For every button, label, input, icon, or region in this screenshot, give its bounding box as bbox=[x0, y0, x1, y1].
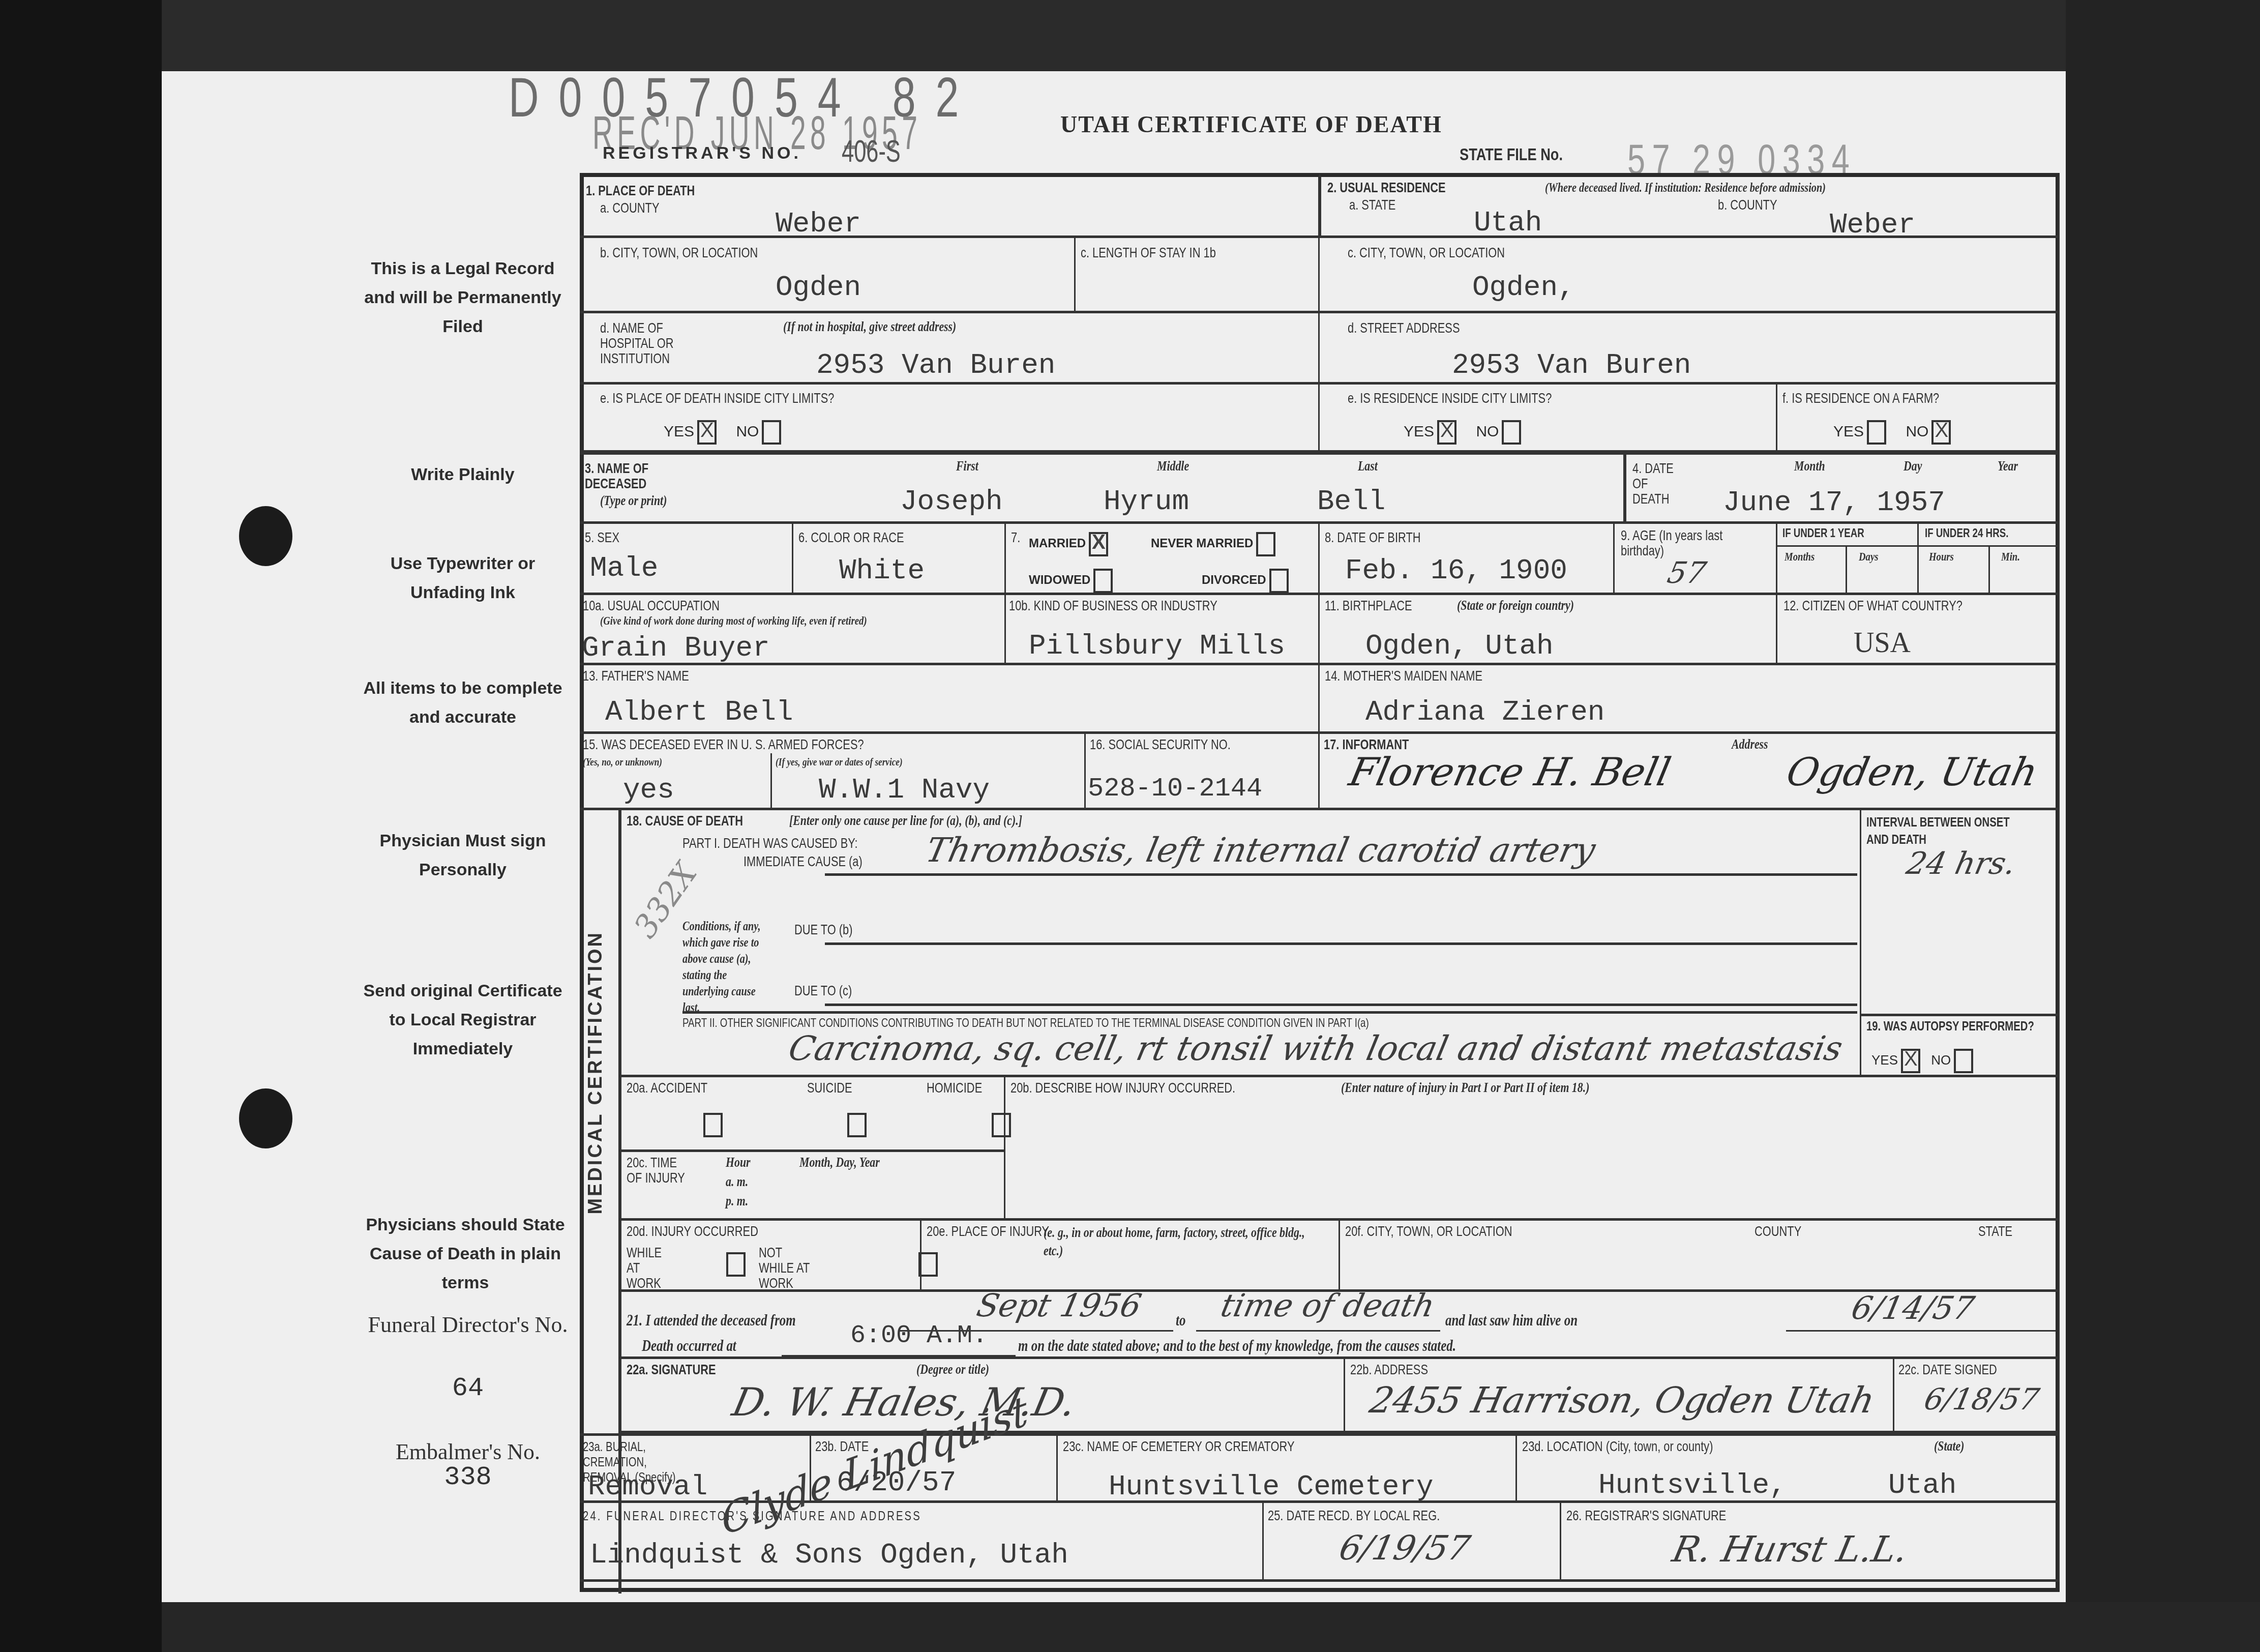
not-while-at-work-label: NOT WHILE AT WORK bbox=[759, 1245, 810, 1291]
registrar-signature-value: R. Hurst L.L. bbox=[1669, 1528, 1912, 1570]
cell-armed-forces: 15. WAS DECEASED EVER IN U. S. ARMED FOR… bbox=[580, 734, 1086, 810]
field-hint: (State or foreign country) bbox=[1457, 598, 1574, 613]
sidebar-note-legal-record: This is a Legal Record and will be Perma… bbox=[356, 254, 570, 341]
divider bbox=[770, 753, 772, 810]
cell-date-signed: 22c. DATE SIGNED 6/18/57 bbox=[1894, 1359, 2060, 1433]
residence-city-limits-yes-checkbox[interactable] bbox=[1437, 420, 1456, 445]
field-hint: [Enter only one cause per line for (a), … bbox=[789, 813, 1022, 829]
attended-label: 21. I attended the deceased from bbox=[627, 1312, 796, 1327]
accident-label: 20a. ACCIDENT bbox=[627, 1080, 707, 1096]
cell-residence-city: c. CITY, TOWN, OR LOCATION Ogden, bbox=[1320, 238, 2060, 313]
cell-residence-state-county: 2. USUAL RESIDENCE (Where deceased lived… bbox=[1320, 173, 2060, 238]
cell-interval: INTERVAL BETWEEN ONSET AND DEATH 24 hrs. bbox=[1861, 810, 2060, 1016]
residence-city-limits-no-checkbox[interactable] bbox=[1502, 420, 1521, 445]
under-24-hrs-label: IF UNDER 24 HRS. bbox=[1925, 526, 2008, 541]
death-city-limits-yes-checkbox[interactable] bbox=[697, 420, 717, 445]
death-city-limits-no-checkbox[interactable] bbox=[762, 420, 781, 445]
death-time-value: 6:00 A.M. bbox=[850, 1321, 988, 1350]
conditions-hint: Conditions, if any, which gave rise to a… bbox=[682, 918, 766, 1016]
funeral-director-no-label: Funeral Director's No. bbox=[356, 1312, 580, 1338]
cell-occupation: 10a. USUAL OCCUPATION (Give kind of work… bbox=[580, 595, 1006, 665]
registrar-no-value: 406-S bbox=[842, 133, 901, 169]
cell-father-name: 13. FATHER'S NAME Albert Bell bbox=[580, 665, 1320, 734]
suicide-label: SUICIDE bbox=[807, 1080, 852, 1096]
cause-a-line bbox=[825, 873, 1857, 876]
month-label: Month bbox=[1794, 459, 1825, 474]
autopsy-no-checkbox[interactable] bbox=[1954, 1049, 1973, 1073]
last-saw-line bbox=[1786, 1330, 2056, 1332]
residence-county-value: Weber bbox=[1830, 209, 1915, 241]
field-label: 6. COLOR OR RACE bbox=[798, 530, 904, 545]
state-label: STATE bbox=[1978, 1224, 2012, 1239]
cell-date-of-death: 4. DATE OF DEATH Month Day Year June 17,… bbox=[1625, 453, 2060, 524]
field-label: f. IS RESIDENCE ON A FARM? bbox=[1782, 391, 1939, 406]
armed-forces-value: yes bbox=[623, 774, 674, 806]
cemetery-value: Huntsville Cemetery bbox=[1109, 1470, 1434, 1503]
death-occurred-suffix: m on the date stated above; and to the b… bbox=[1018, 1338, 1456, 1353]
cell-residence-farm: f. IS RESIDENCE ON A FARM? YES NO bbox=[1777, 385, 2060, 453]
scan-background-left bbox=[0, 0, 162, 1652]
cell-marital-status: 7. MARRIED NEVER MARRIED WIDOWED DIVORCE… bbox=[1006, 524, 1320, 595]
field-label: c. CITY, TOWN, OR LOCATION bbox=[1348, 245, 1505, 260]
section-label: 1. PLACE OF DEATH bbox=[586, 183, 695, 198]
sex-value: Male bbox=[590, 552, 658, 584]
cell-hospital: d. NAME OF HOSPITAL OR INSTITUTION (If n… bbox=[580, 313, 1320, 385]
pm-label: p. m. bbox=[726, 1194, 748, 1209]
cell-citizenship: 12. CITIZEN OF WHAT COUNTRY? USA bbox=[1777, 595, 2060, 665]
cell-age: 9. AGE (In years last birthday) 57 bbox=[1615, 524, 1777, 595]
death-city-limits-options: YES NO bbox=[664, 420, 781, 445]
homicide-label: HOMICIDE bbox=[927, 1080, 982, 1096]
cell-attendance: 21. I attended the deceased from Sept 19… bbox=[621, 1292, 2060, 1359]
divider bbox=[1846, 545, 1847, 593]
cell-ssn: 16. SOCIAL SECURITY NO. 528-10-2144 bbox=[1086, 734, 1320, 810]
hour-label: Hour bbox=[726, 1155, 751, 1170]
medical-certification-label: MEDICAL CERTIFICATION bbox=[585, 931, 620, 1409]
never-married-checkbox[interactable] bbox=[1256, 532, 1275, 556]
field-label: e. IS RESIDENCE INSIDE CITY LIMITS? bbox=[1348, 391, 1552, 406]
cell-injury-description: 20b. DESCRIBE HOW INJURY OCCURRED. (Ente… bbox=[1005, 1077, 2060, 1221]
industry-value: Pillsbury Mills bbox=[1029, 630, 1285, 662]
hours-label: Hours bbox=[1929, 549, 1954, 565]
field-label: 10b. KIND OF BUSINESS OR INDUSTRY bbox=[1009, 598, 1217, 613]
field-label: 10a. USUAL OCCUPATION bbox=[583, 598, 720, 613]
field-label: 20e. PLACE OF INJURY bbox=[927, 1224, 1049, 1239]
informant-value: Florence H. Bell bbox=[1346, 749, 1675, 794]
cell-physician-address: 22b. ADDRESS 2455 Harrison, Ogden Utah bbox=[1345, 1359, 1894, 1433]
death-county-value: Weber bbox=[776, 208, 861, 240]
yes-label: YES bbox=[1404, 423, 1434, 440]
death-city-value: Ogden bbox=[776, 271, 861, 304]
field-label: 19. WAS AUTOPSY PERFORMED? bbox=[1866, 1018, 2034, 1034]
cell-death-city-limits: e. IS PLACE OF DEATH INSIDE CITY LIMITS?… bbox=[580, 385, 1320, 453]
burial-location-value: Huntsville, bbox=[1598, 1469, 1787, 1501]
scan-background-bottom bbox=[162, 1602, 2260, 1652]
state-file-no-label: STATE FILE No. bbox=[1460, 145, 1563, 165]
field-label: 3. NAME OF DECEASED bbox=[585, 461, 680, 491]
residence-city-value: Ogden, bbox=[1472, 271, 1575, 304]
cell-death-city: b. CITY, TOWN, OR LOCATION Ogden bbox=[580, 238, 1076, 313]
date-signed-value: 6/18/57 bbox=[1921, 1382, 2042, 1417]
farm-no-checkbox[interactable] bbox=[1931, 420, 1951, 445]
field-label: 20b. DESCRIBE HOW INJURY OCCURRED. bbox=[1010, 1080, 1235, 1096]
field-label: 14. MOTHER'S MAIDEN NAME bbox=[1325, 668, 1482, 684]
registrar-no-label: REGISTRAR'S NO. bbox=[603, 143, 801, 163]
degree-label: (Degree or title) bbox=[916, 1362, 989, 1377]
field-label: INTERVAL BETWEEN ONSET AND DEATH bbox=[1866, 813, 2025, 848]
attended-to-value: time of death bbox=[1217, 1287, 1438, 1324]
field-label: 8. DATE OF BIRTH bbox=[1325, 530, 1421, 545]
last-saw-label: and last saw him alive on bbox=[1445, 1312, 1578, 1327]
vertical-label-text: MEDICAL CERTIFICATION bbox=[585, 931, 607, 1215]
middle-name-value: Hyrum bbox=[1104, 485, 1189, 518]
no-label: NO bbox=[1906, 423, 1928, 440]
date-of-death-value: June 17, 1957 bbox=[1723, 486, 1945, 519]
field-label: 22a. SIGNATURE bbox=[627, 1362, 716, 1377]
field-hint: (e. g., in or about home, farm, factory,… bbox=[1044, 1224, 1321, 1260]
no-label: NO bbox=[1476, 423, 1499, 440]
field-label: d. NAME OF HOSPITAL OR INSTITUTION bbox=[600, 320, 695, 366]
day-label: Day bbox=[1904, 459, 1922, 474]
sidebar-note-complete: All items to be complete and accurate bbox=[356, 674, 570, 732]
accident-checkbox[interactable] bbox=[703, 1113, 723, 1137]
last-label: Last bbox=[1358, 459, 1378, 474]
field-label: 13. FATHER'S NAME bbox=[583, 668, 689, 684]
address-label: Address bbox=[1732, 737, 1768, 752]
field-label: 22c. DATE SIGNED bbox=[1898, 1362, 1997, 1377]
field-label: 23d. LOCATION (City, town, or county) bbox=[1522, 1439, 1713, 1454]
field-label: 16. SOCIAL SECURITY NO. bbox=[1090, 737, 1231, 752]
attended-to-line bbox=[1196, 1330, 1440, 1332]
field-label: 9. AGE (In years last birthday) bbox=[1621, 528, 1751, 558]
due-to-c-label: DUE TO (c) bbox=[794, 983, 852, 998]
attended-from-value: Sept 1956 bbox=[973, 1287, 1145, 1324]
embalmer-no-label: Embalmer's No. bbox=[356, 1439, 580, 1465]
cell-race: 6. COLOR OR RACE White bbox=[793, 524, 1006, 595]
cell-injury-occurred: 20d. INJURY OCCURRED WHILE AT WORK NOT W… bbox=[621, 1221, 921, 1292]
cell-length-of-stay: c. LENGTH OF STAY IN 1b bbox=[1076, 238, 1320, 313]
months-label: Months bbox=[1785, 549, 1815, 565]
marital-option-never: NEVER MARRIED bbox=[1151, 532, 1275, 556]
divorced-checkbox[interactable] bbox=[1269, 569, 1289, 593]
field-label: b. CITY, TOWN, OR LOCATION bbox=[600, 245, 758, 260]
funeral-director-no-value: 64 bbox=[356, 1376, 580, 1401]
field-label: c. LENGTH OF STAY IN 1b bbox=[1081, 245, 1216, 260]
field-label: b. COUNTY bbox=[1718, 197, 1777, 213]
page-title: UTAH CERTIFICATE OF DEATH bbox=[1060, 111, 1442, 138]
service-value: W.W.1 Navy bbox=[819, 774, 990, 806]
cell-cause-of-death: 18. CAUSE OF DEATH [Enter only one cause… bbox=[621, 810, 1861, 1077]
street-address-value: 2953 Van Buren bbox=[1452, 349, 1691, 381]
part-divider bbox=[682, 1011, 1857, 1014]
burial-location-state-value: Utah bbox=[1888, 1469, 1956, 1501]
cell-cemetery: 23c. NAME OF CEMETERY OR CREMATORY Hunts… bbox=[1058, 1433, 1517, 1503]
suicide-checkbox[interactable] bbox=[847, 1113, 867, 1137]
marital-option-married: MARRIED bbox=[1029, 532, 1108, 556]
cell-birthplace: 11. BIRTHPLACE (State or foreign country… bbox=[1320, 595, 1777, 665]
cell-place-of-death-county: 1. PLACE OF DEATH a. COUNTY Weber bbox=[580, 173, 1320, 238]
last-saw-value: 6/14/57 bbox=[1848, 1289, 1978, 1326]
field-label: 7. bbox=[1011, 530, 1020, 545]
sidebar-note-typewriter: Use Typewriter or Unfading Ink bbox=[356, 549, 570, 607]
birthplace-value: Ogden, Utah bbox=[1365, 630, 1554, 662]
while-at-work-label: WHILE AT WORK bbox=[627, 1245, 670, 1291]
no-label: NO bbox=[736, 423, 759, 440]
field-label: 15. WAS DECEASED EVER IN U. S. ARMED FOR… bbox=[583, 737, 864, 752]
occupation-value: Grain Buyer bbox=[582, 632, 770, 664]
section-label: 2. USUAL RESIDENCE bbox=[1327, 180, 1446, 195]
cell-injury-location: 20f. CITY, TOWN, OR LOCATION COUNTY STAT… bbox=[1340, 1221, 2060, 1292]
field-hint: (If yes, give war or dates of service) bbox=[776, 754, 903, 770]
cell-date-of-birth: 8. DATE OF BIRTH Feb. 16, 1900 bbox=[1320, 524, 1615, 595]
field-label: 18. CAUSE OF DEATH bbox=[627, 813, 743, 829]
field-label: 20f. CITY, TOWN, OR LOCATION bbox=[1345, 1224, 1512, 1239]
disposition-value: Removal bbox=[588, 1470, 707, 1503]
cell-informant: 17. INFORMANT Address Florence H. Bell O… bbox=[1320, 734, 2060, 810]
field-label: 26. REGISTRAR'S SIGNATURE bbox=[1566, 1508, 1726, 1523]
field-hint: (Enter nature of injury in Part I or Par… bbox=[1341, 1080, 1589, 1096]
cell-burial-location: 23d. LOCATION (City, town, or county) (S… bbox=[1517, 1433, 2060, 1503]
immediate-cause-label: IMMEDIATE CAUSE (a) bbox=[744, 854, 863, 869]
divider bbox=[1917, 524, 1919, 593]
father-name-value: Albert Bell bbox=[605, 696, 793, 728]
field-hint: (Type or print) bbox=[600, 493, 667, 509]
section-hint: (Where deceased lived. If institution: R… bbox=[1545, 180, 1826, 195]
cell-street-address: d. STREET ADDRESS 2953 Van Buren bbox=[1320, 313, 2060, 385]
farm-options: YES NO bbox=[1833, 420, 1951, 445]
sidebar-note-send-original: Send original Certificate to Local Regis… bbox=[356, 977, 570, 1064]
widowed-label: WIDOWED bbox=[1029, 573, 1090, 587]
punch-hole bbox=[239, 1088, 292, 1148]
cell-deceased-name: 3. NAME OF DECEASED (Type or print) Firs… bbox=[580, 453, 1625, 524]
cell-sex: 5. SEX Male bbox=[580, 524, 793, 595]
ssn-value: 528-10-2144 bbox=[1088, 774, 1262, 804]
yes-label: YES bbox=[664, 423, 694, 440]
marital-option-widowed: WIDOWED bbox=[1029, 569, 1113, 593]
first-name-value: Joseph bbox=[900, 485, 1003, 518]
middle-label: Middle bbox=[1157, 459, 1189, 474]
divorced-label: DIVORCED bbox=[1202, 573, 1266, 587]
marital-option-divorced: DIVORCED bbox=[1202, 569, 1289, 593]
mdy-label: Month, Day, Year bbox=[799, 1155, 880, 1170]
field-label: 20c. TIME OF INJURY bbox=[627, 1155, 686, 1186]
citizen-value: USA bbox=[1854, 627, 1911, 659]
county-label: COUNTY bbox=[1755, 1224, 1801, 1239]
field-label: a. STATE bbox=[1349, 197, 1395, 213]
married-label: MARRIED bbox=[1029, 537, 1086, 550]
embalmer-no-value: 338 bbox=[356, 1465, 580, 1490]
to-label: to bbox=[1176, 1312, 1185, 1327]
year-label: Year bbox=[1998, 459, 2018, 474]
never-married-label: NEVER MARRIED bbox=[1151, 537, 1253, 550]
punch-hole bbox=[239, 506, 292, 566]
residence-state-value: Utah bbox=[1474, 206, 1542, 239]
cell-time-of-injury: 20c. TIME OF INJURY Hour a. m. p. m. Mon… bbox=[621, 1152, 1005, 1221]
married-checkbox[interactable] bbox=[1089, 532, 1108, 556]
dob-value: Feb. 16, 1900 bbox=[1345, 554, 1567, 587]
widowed-checkbox[interactable] bbox=[1093, 569, 1113, 593]
date-received-value: 6/19/57 bbox=[1336, 1528, 1474, 1568]
field-label: 20d. INJURY OCCURRED bbox=[627, 1224, 758, 1239]
cell-injury-type: 20a. ACCIDENT SUICIDE HOMICIDE bbox=[621, 1077, 1005, 1152]
sidebar-note-write-plainly: Write Plainly bbox=[356, 460, 570, 489]
under-1-year-label: IF UNDER 1 YEAR bbox=[1782, 526, 1864, 541]
field-hint: (If not in hospital, give street address… bbox=[783, 319, 956, 335]
state-label: (State) bbox=[1934, 1439, 1964, 1454]
last-name-value: Bell bbox=[1317, 485, 1385, 518]
field-label: 4. DATE OF DEATH bbox=[1632, 461, 1676, 507]
age-value: 57 bbox=[1664, 555, 1709, 590]
immediate-cause-value: Thrombosis, left internal carotid artery bbox=[923, 831, 1599, 870]
interval-value: 24 hrs. bbox=[1904, 846, 2019, 881]
divider bbox=[1988, 545, 1990, 593]
part1-label: PART I. DEATH WAS CAUSED BY: bbox=[682, 836, 858, 851]
cell-funeral-director: 24. FUNERAL DIRECTOR'S SIGNATURE AND ADD… bbox=[580, 1503, 1264, 1582]
cause-b-line bbox=[825, 942, 1857, 945]
race-value: White bbox=[839, 554, 925, 587]
autopsy-yes-checkbox[interactable] bbox=[1901, 1049, 1920, 1073]
cell-mother-name: 14. MOTHER'S MAIDEN NAME Adriana Zieren bbox=[1320, 665, 2060, 734]
sidebar-note-cause-plain-terms: Physicians should State Cause of Death i… bbox=[351, 1211, 580, 1297]
field-label: a. COUNTY bbox=[600, 200, 660, 216]
field-label: 23c. NAME OF CEMETERY OR CREMATORY bbox=[1063, 1439, 1294, 1454]
while-at-work-checkbox[interactable] bbox=[726, 1252, 746, 1277]
scan-background-right bbox=[2066, 0, 2260, 1652]
no-label: NO bbox=[1931, 1052, 1951, 1068]
am-label: a. m. bbox=[726, 1174, 748, 1190]
field-label: 12. CITIZEN OF WHAT COUNTRY? bbox=[1783, 598, 1962, 613]
field-label: e. IS PLACE OF DEATH INSIDE CITY LIMITS? bbox=[600, 391, 834, 406]
farm-yes-checkbox[interactable] bbox=[1867, 420, 1886, 445]
physician-address-value: 2455 Harrison, Ogden Utah bbox=[1366, 1379, 1878, 1421]
first-label: First bbox=[956, 459, 978, 474]
cell-place-of-injury: 20e. PLACE OF INJURY (e. g., in or about… bbox=[921, 1221, 1340, 1292]
yes-label: YES bbox=[1871, 1052, 1898, 1068]
death-time-line bbox=[782, 1355, 1016, 1356]
death-occurred-label: Death occurred at bbox=[642, 1338, 736, 1353]
cell-industry: 10b. KIND OF BUSINESS OR INDUSTRY Pillsb… bbox=[1006, 595, 1320, 665]
informant-address-value: Ogden, Utah bbox=[1783, 749, 2042, 794]
cell-residence-city-limits: e. IS RESIDENCE INSIDE CITY LIMITS? YES … bbox=[1320, 385, 1777, 453]
cell-autopsy: 19. WAS AUTOPSY PERFORMED? YES NO bbox=[1861, 1016, 2060, 1077]
field-label: 5. SEX bbox=[585, 530, 619, 545]
scan-background-top bbox=[162, 0, 2260, 71]
due-to-b-label: DUE TO (b) bbox=[794, 922, 852, 937]
field-hint: (Yes, no, or unknown) bbox=[583, 754, 662, 770]
funeral-director-value: Lindquist & Sons Ogden, Utah bbox=[590, 1539, 1068, 1571]
field-label: 25. DATE RECD. BY LOCAL REG. bbox=[1268, 1508, 1440, 1523]
cell-registrar-signature: 26. REGISTRAR'S SIGNATURE R. Hurst L.L. bbox=[1561, 1503, 2060, 1582]
min-label: Min. bbox=[2001, 549, 2020, 565]
residence-city-limits-options: YES NO bbox=[1404, 420, 1521, 445]
field-label: 11. BIRTHPLACE bbox=[1325, 598, 1412, 613]
field-hint: (Give kind of work done during most of w… bbox=[600, 613, 973, 629]
cell-under-one-year: IF UNDER 1 YEAR IF UNDER 24 HRS. Months … bbox=[1777, 524, 2060, 595]
yes-label: YES bbox=[1833, 423, 1864, 440]
cell-date-received: 25. DATE RECD. BY LOCAL REG. 6/19/57 bbox=[1264, 1503, 1561, 1582]
field-label: d. STREET ADDRESS bbox=[1348, 320, 1460, 336]
field-label: 22b. ADDRESS bbox=[1350, 1362, 1428, 1377]
hospital-value: 2953 Van Buren bbox=[816, 349, 1055, 381]
autopsy-options: YES NO bbox=[1871, 1049, 1973, 1073]
part2-value: Carcinoma, sq. cell, rt tonsil with loca… bbox=[785, 1029, 1846, 1068]
cause-c-line bbox=[825, 1004, 1857, 1006]
days-label: Days bbox=[1859, 549, 1878, 565]
mother-name-value: Adriana Zieren bbox=[1365, 696, 1604, 728]
sidebar-note-physician-sign: Physician Must sign Personally bbox=[356, 827, 570, 884]
